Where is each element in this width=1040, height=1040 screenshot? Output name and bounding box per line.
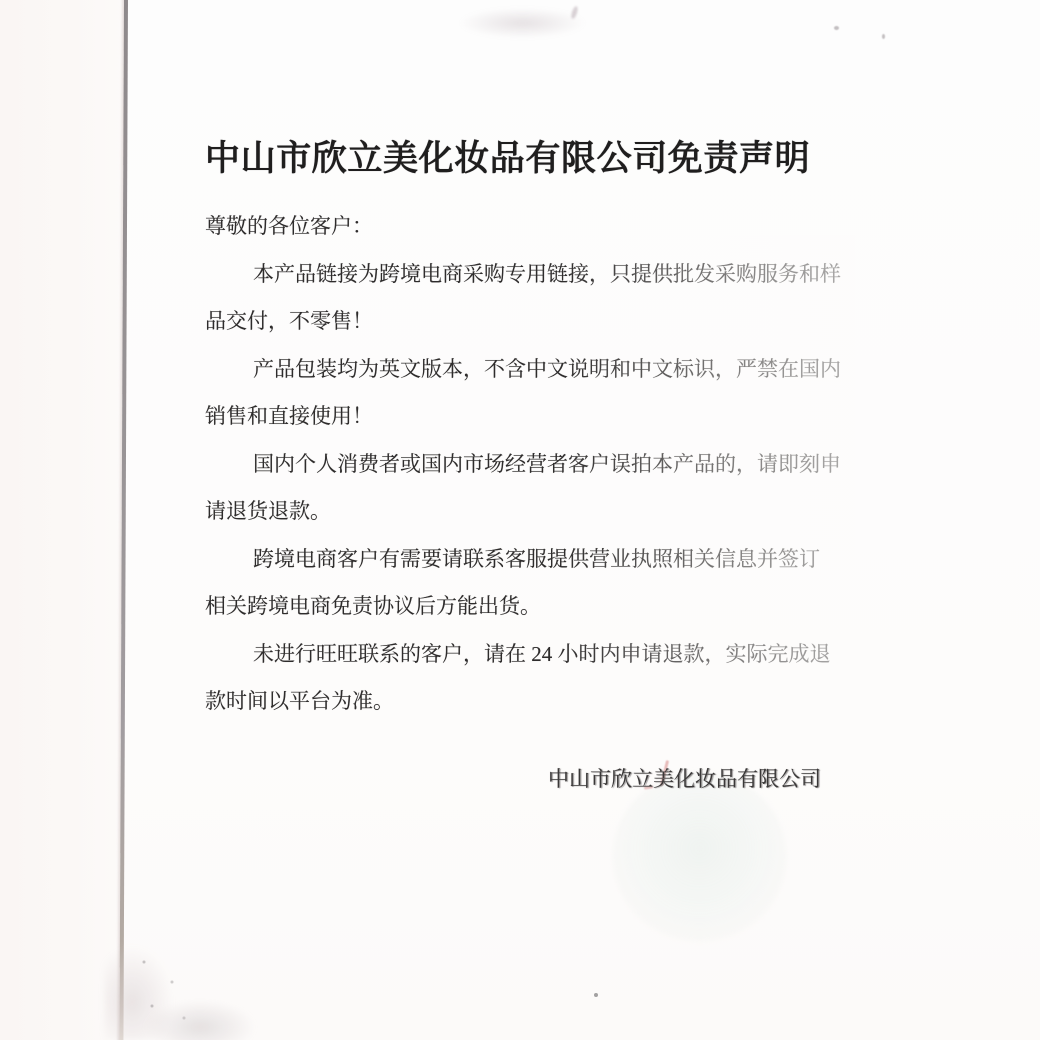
- paragraph-1-line-2: 品交付，不零售！: [205, 298, 821, 346]
- scan-speck: [882, 34, 885, 39]
- scan-dot: [594, 993, 598, 997]
- paragraph-5-line-2: 款时间以平台为准。: [205, 678, 821, 726]
- page-left-margin: [0, 0, 124, 1040]
- paragraph-4-line-2: 相关跨境电商免责协议后方能出货。: [205, 583, 821, 631]
- scan-specks-bottom-left: [128, 950, 208, 1030]
- document-content: 中山市欣立美化妆品有限公司免责声明 尊敬的各位客户： 本产品链接为跨境电商采购专…: [205, 131, 821, 803]
- paragraph-2-line-1: 产品包装均为英文版本，不含中文说明和中文标识，严禁在国内: [205, 346, 821, 394]
- document-title: 中山市欣立美化妆品有限公司免责声明: [205, 131, 821, 181]
- salutation: 尊敬的各位客户：: [205, 203, 821, 251]
- paragraph-4-line-1: 跨境电商客户有需要请联系客服提供营业执照相关信息并签订: [205, 536, 821, 584]
- scanned-document-page: 中山市欣立美化妆品有限公司免责声明 尊敬的各位客户： 本产品链接为跨境电商采购专…: [0, 0, 1040, 1040]
- scan-speck: [834, 26, 839, 30]
- paragraph-5-line-1: 未进行旺旺联系的客户，请在 24 小时内申请退款，实际完成退: [205, 631, 821, 679]
- paragraph-1-line-1: 本产品链接为跨境电商采购专用链接，只提供批发采购服务和样: [205, 251, 821, 299]
- paragraph-2-line-2: 销售和直接使用！: [205, 393, 821, 441]
- company-signature: 中山市欣立美化妆品有限公司: [548, 756, 821, 804]
- paragraph-3-line-1: 国内个人消费者或国内市场经营者客户误拍本产品的，请即刻申: [205, 441, 821, 489]
- paragraph-3-line-2: 请退货退款。: [205, 488, 821, 536]
- signature-row: 中山市欣立美化妆品有限公司: [205, 756, 821, 804]
- scan-bleedthrough-smudge: [460, 8, 585, 38]
